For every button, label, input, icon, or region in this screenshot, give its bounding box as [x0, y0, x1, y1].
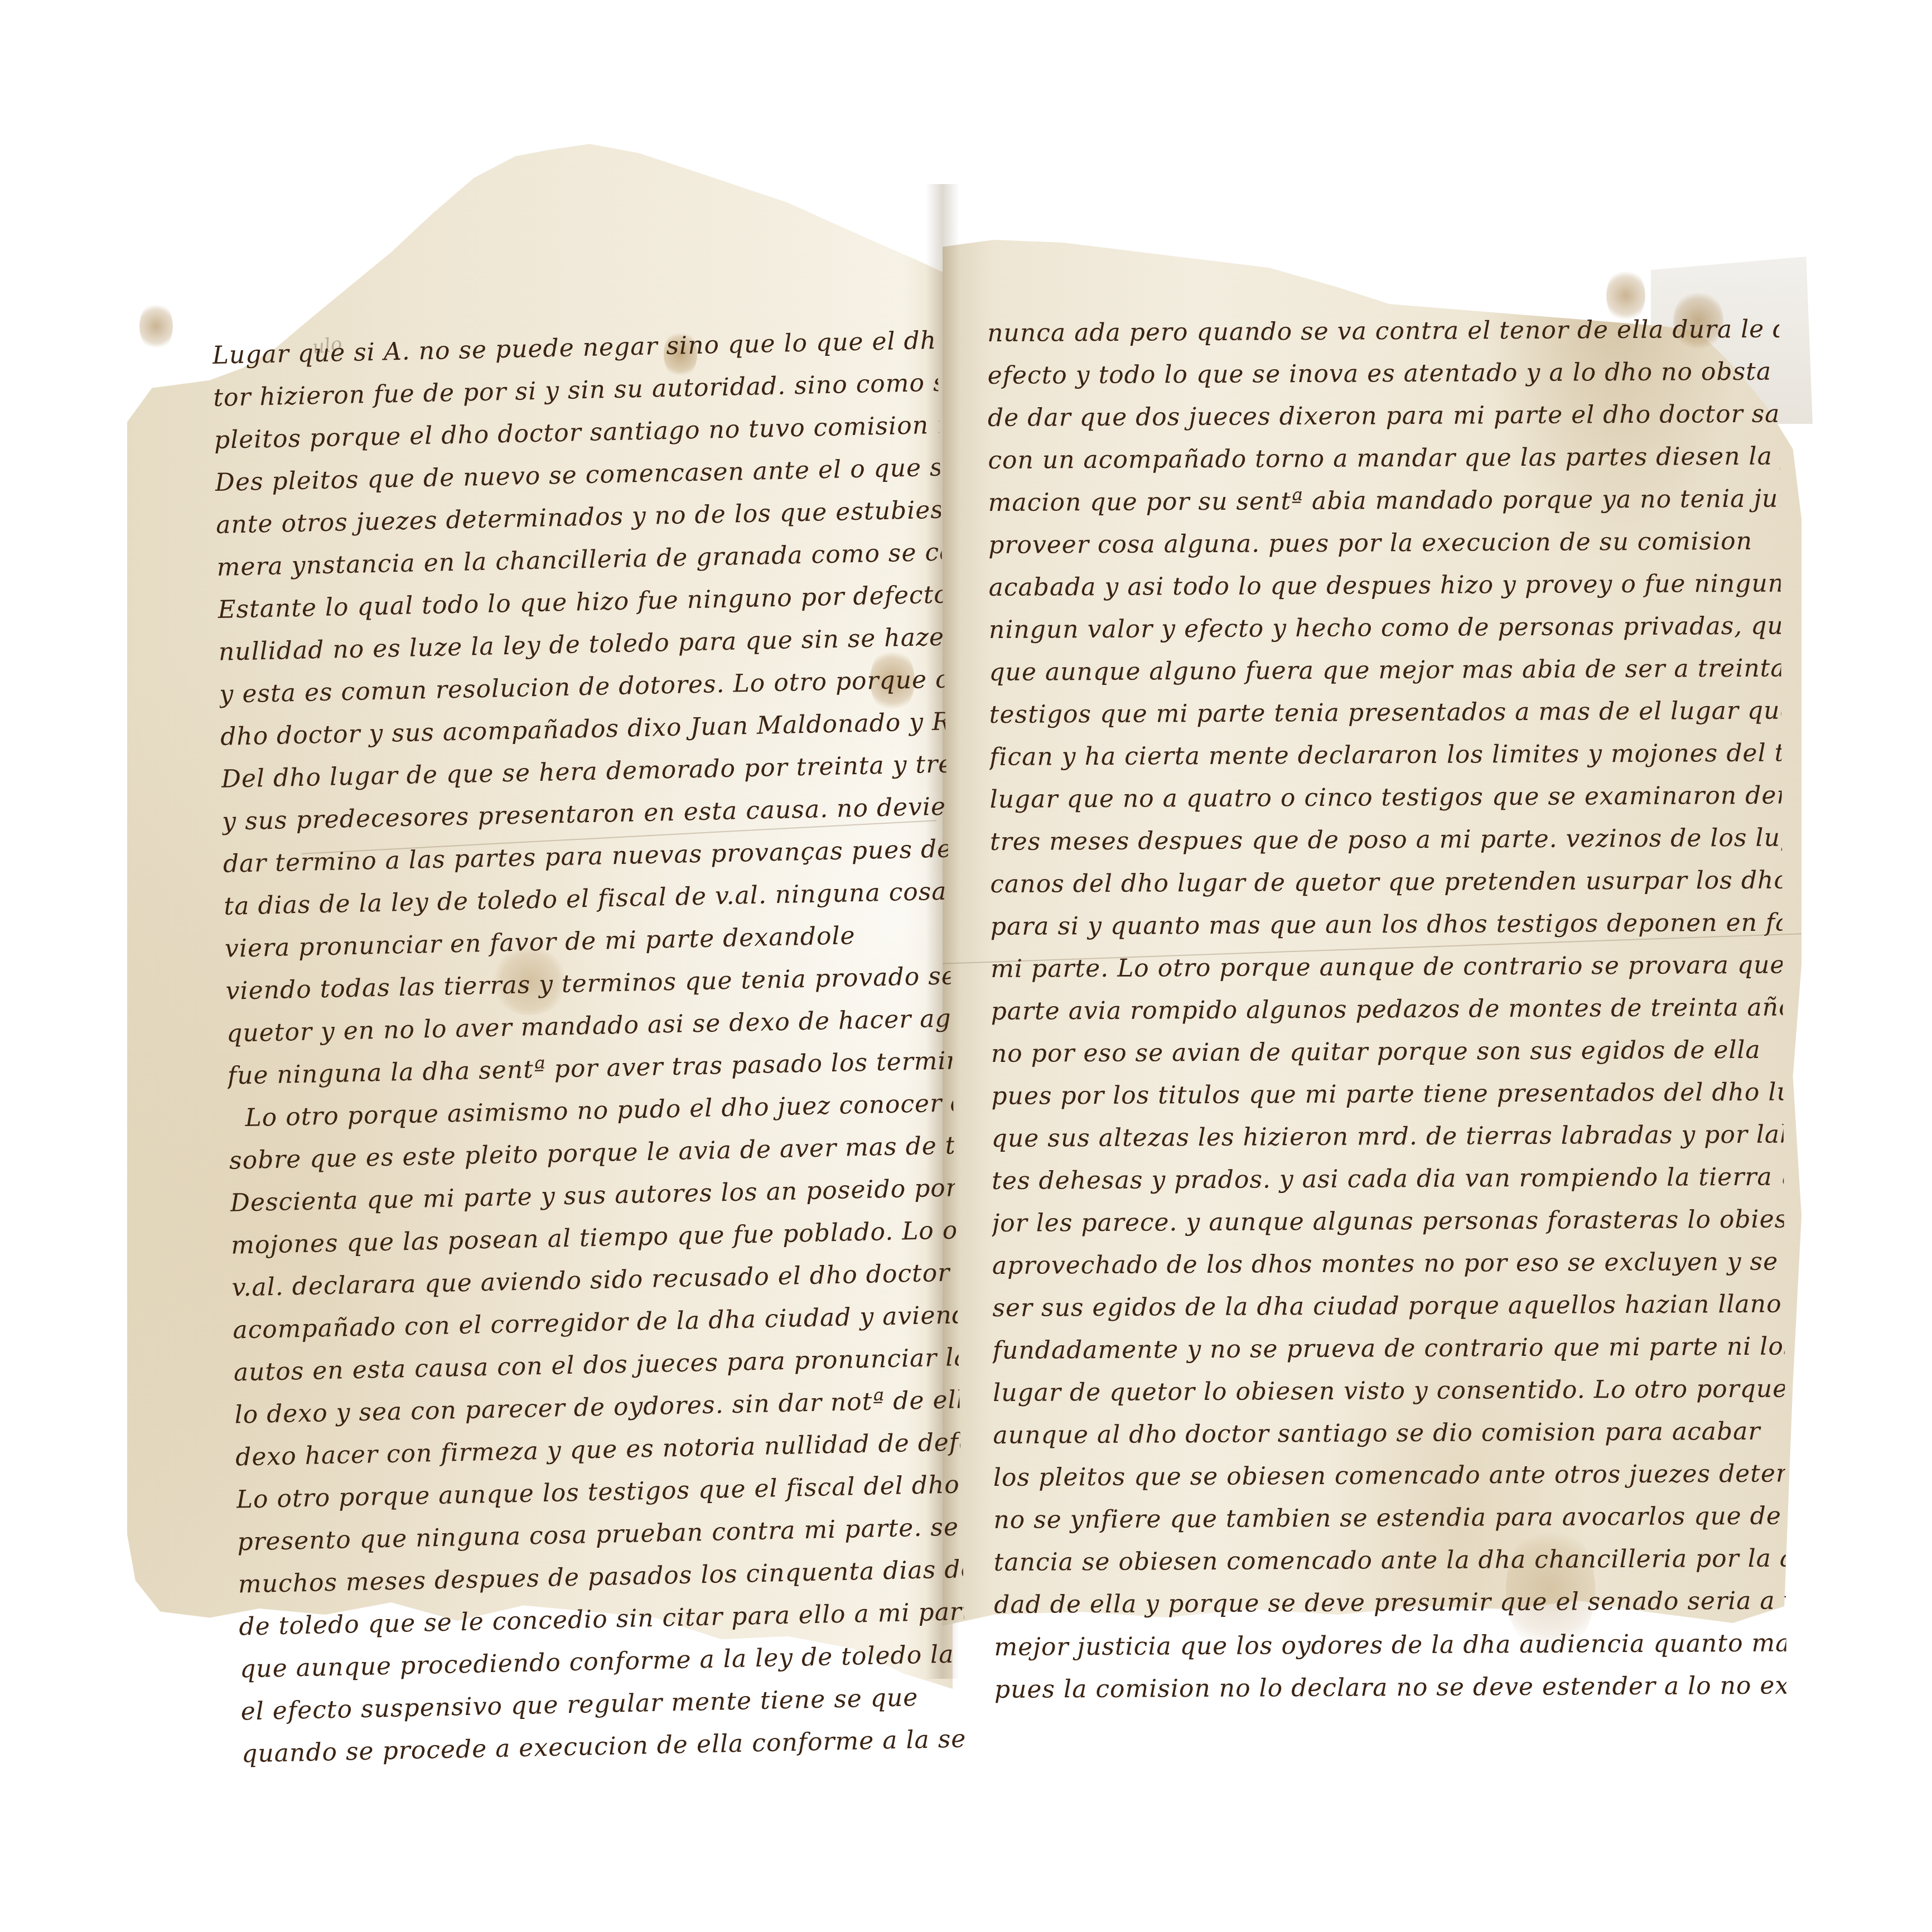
text-line: tancia se obiesen comencado ante la dha …	[994, 1538, 1786, 1584]
text-line: tres meses despues que de poso a mi part…	[990, 817, 1782, 863]
text-line: proveer cosa alguna. pues por la execuci…	[988, 520, 1780, 567]
text-line: canos del dho lugar de quetor que preten…	[990, 859, 1782, 906]
text-line: testigos que mi parte tenia presentados …	[989, 690, 1781, 736]
text-line: tes dehesas y prados. y asi cada dia van…	[992, 1156, 1784, 1202]
text-line: no se ynfiere que tambien se estendia pa…	[993, 1495, 1785, 1542]
text-line: nunca ada pero quando se va contra el te…	[987, 308, 1779, 355]
text-line: jor les parece. y aunque algunas persona…	[992, 1199, 1784, 1245]
text-line: dad de ella y porque se deve presumir qu…	[994, 1580, 1786, 1626]
text-line: macion que por su sentª abia mandado por…	[988, 478, 1780, 524]
text-line: mi parte. Lo otro porque aunque de contr…	[991, 944, 1783, 991]
text-line: con un acompañado torno a mandar que las…	[988, 436, 1780, 482]
text-line: acabada y asi todo lo que despues hizo y…	[988, 563, 1780, 609]
text-line: ser sus egidos de la dha ciudad porque a…	[992, 1283, 1784, 1330]
left-page-text: Lugar que si A. no se puede negar sino q…	[212, 320, 967, 1776]
text-line: fican y ha cierta mente declararon los l…	[989, 732, 1781, 779]
text-line: pues la comision no lo declara no se dev…	[994, 1665, 1786, 1711]
text-line: que sus altezas les hizieron mrd. de tie…	[992, 1114, 1784, 1160]
right-page-text: nunca ada pero quando se va contra el te…	[987, 308, 1786, 1711]
text-line: no por eso se avian de quitar porque son…	[991, 1029, 1783, 1075]
text-line: lugar que no a quatro o cinco testigos q…	[989, 775, 1781, 821]
text-line: de dar que dos jueces dixeron para mi pa…	[988, 393, 1780, 439]
stain	[139, 301, 173, 351]
text-line: mejor justicia que los oydores de la dha…	[994, 1622, 1786, 1669]
text-line: fundadamente y no se prueva de contrario…	[993, 1326, 1785, 1372]
text-line: que aunque alguno fuera que mejor mas ab…	[989, 648, 1781, 694]
text-line: aprovechado de los dhos montes no por es…	[992, 1241, 1784, 1287]
text-line: parte avia rompido algunos pedazos de mo…	[991, 987, 1783, 1033]
text-line: efecto y todo lo que se inova es atentad…	[987, 351, 1779, 397]
text-line: para si y quanto mas que aun los dhos te…	[991, 902, 1783, 948]
manuscript-photo: ulo Lugar que si A. no se puede negar si…	[0, 0, 1932, 1932]
text-line: lugar de quetor lo obiesen visto y conse…	[993, 1368, 1785, 1414]
text-line: ningun valor y efecto y hecho como de pe…	[989, 605, 1781, 651]
text-line: pues por los titulos que mi parte tiene …	[991, 1071, 1783, 1118]
text-line: los pleitos que se obiesen comencado ant…	[993, 1453, 1785, 1499]
text-line: aunque al dho doctor santiago se dio com…	[993, 1411, 1785, 1457]
